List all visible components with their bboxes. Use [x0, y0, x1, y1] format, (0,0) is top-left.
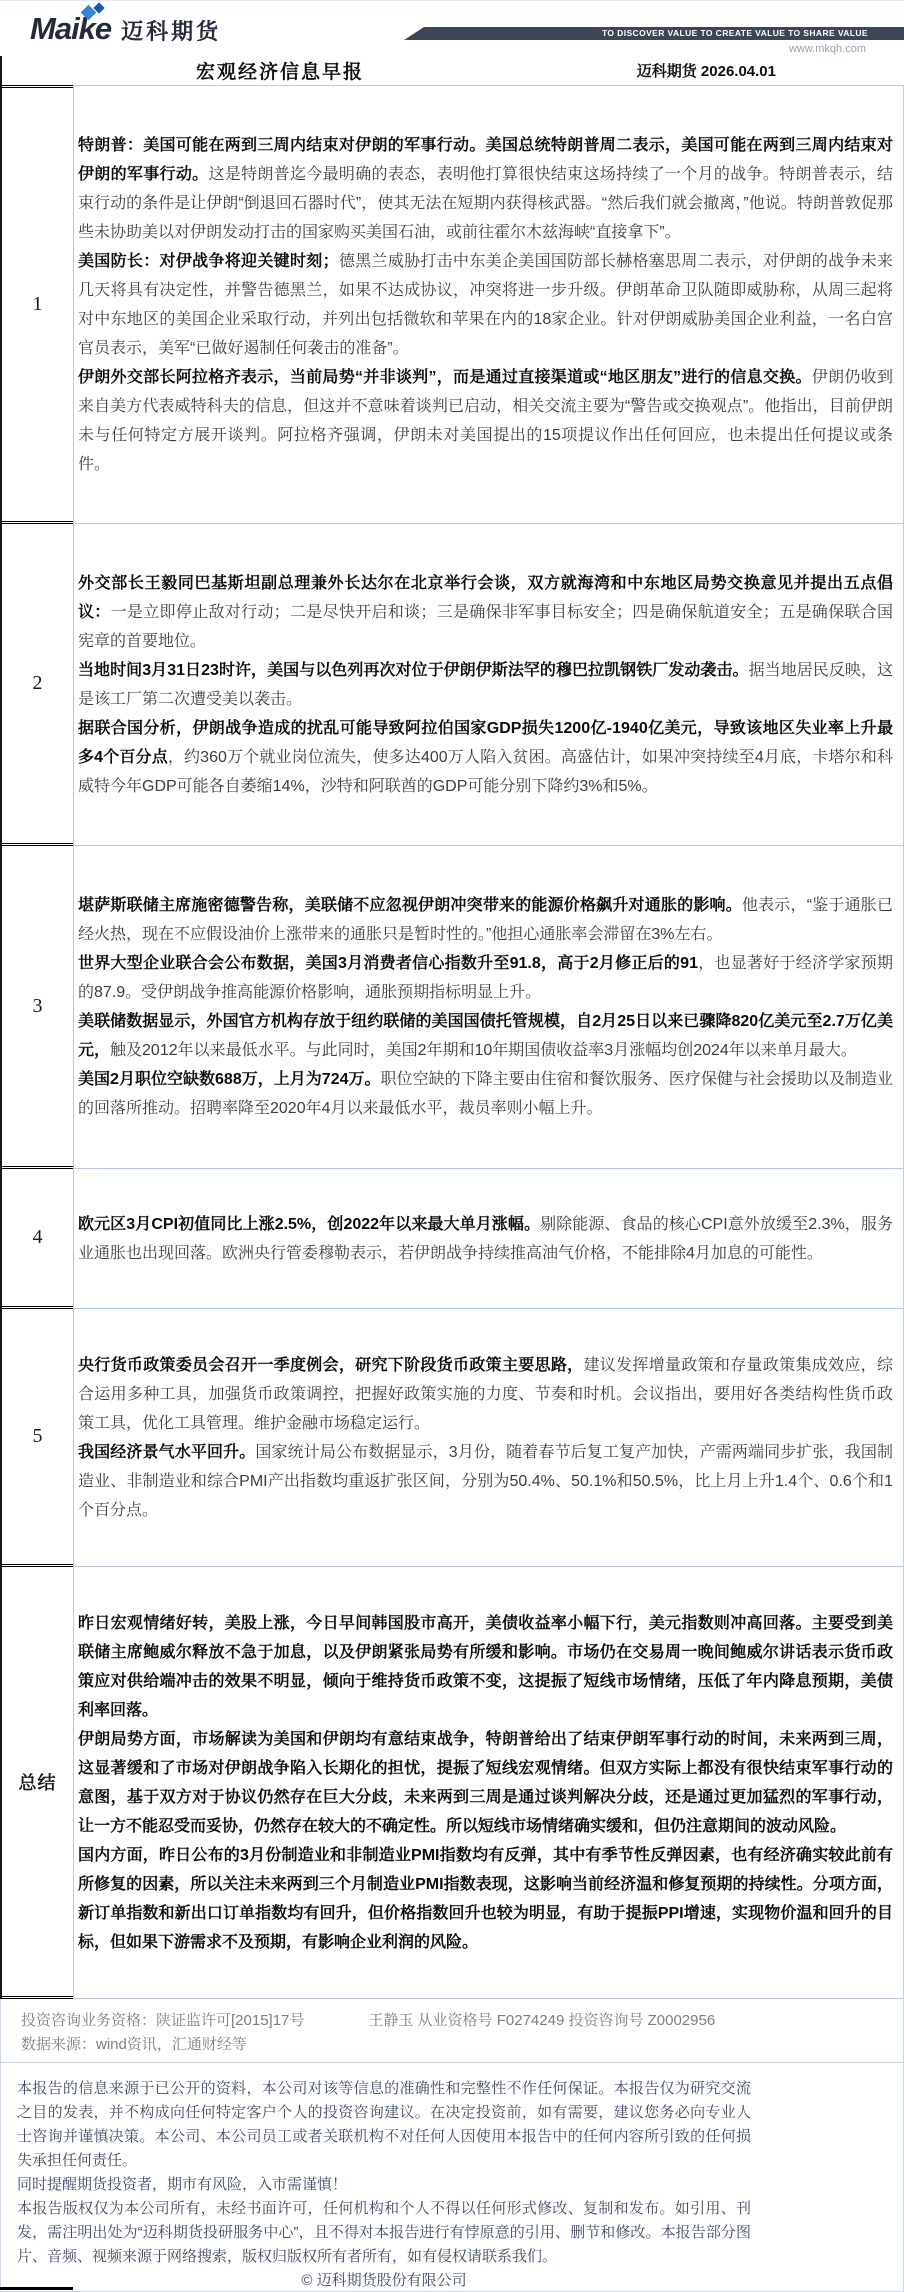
report-row: 4欧元区3月CPI初值同比上涨2.5%，创2022年以来最大单月涨幅。剔除能源、…: [2, 1169, 903, 1309]
report-table: 1特朗普：美国可能在两到三周内结束对伊朗的军事行动。美国总统特朗普周二表示，美国…: [0, 85, 904, 1999]
row-content: 欧元区3月CPI初值同比上涨2.5%，创2022年以来最大单月涨幅。剔除能源、食…: [73, 1169, 903, 1309]
report-paragraph: 世界大型企业联合会公布数据，美国3月消费者信心指数升至91.8，高于2月修正后的…: [78, 949, 893, 1007]
page-title: 宏观经济信息早报: [196, 57, 364, 84]
row-number: 4: [2, 1169, 73, 1309]
row-content: 外交部长王毅同巴基斯坦副总理兼外长达尔在北京举行会谈，双方就海湾和中东地区局势交…: [73, 524, 903, 846]
header-tagline: TO DISCOVER VALUE TO CREATE VALUE TO SHA…: [404, 27, 904, 40]
license-text: 投资咨询业务资格：陕证监许可[2015]17号: [21, 2009, 304, 2033]
row-number: 总结: [2, 1567, 73, 1999]
report-paragraph: 伊朗外交部长阿拉格齐表示，当前局势“并非谈判”，而是通过直接渠道或“地区朋友”进…: [78, 363, 893, 479]
report-paragraph: 外交部长王毅同巴基斯坦副总理兼外长达尔在北京举行会谈，双方就海湾和中东地区局势交…: [78, 569, 893, 656]
report-paragraph: 据联合国分析，伊朗战争造成的扰乱可能导致阿拉伯国家GDP损失1200亿-1940…: [78, 714, 893, 801]
disclaimer-paragraph: 本报告的信息来源于已公开的资料，本公司对该等信息的准确性和完整性不作任何保证。本…: [17, 2077, 751, 2173]
logo-latin-text: Maike: [30, 13, 111, 44]
report-paragraph: 央行货币政策委员会召开一季度例会，研究下阶段货币政策主要思路，建议发挥增量政策和…: [78, 1351, 893, 1438]
company-logo: Maike 迈科期货: [30, 13, 221, 46]
report-page: Maike 迈科期货 TO DISCOVER VALUE TO CREATE V…: [0, 0, 904, 2292]
report-paragraph: 美联储数据显示，外国官方机构存放于纽约联储的美国国债托管规模，自2月25日以来已…: [78, 1007, 893, 1065]
data-source-text: 数据来源：wind资讯，汇通财经等: [21, 2033, 903, 2057]
row-content: 特朗普：美国可能在两到三周内结束对伊朗的军事行动。美国总统特朗普周二表示，美国可…: [73, 85, 903, 524]
disclaimer-paragraph: 同时提醒期货投资者，期市有风险，入市需谨慎！: [17, 2173, 751, 2197]
report-paragraph: 伊朗局势方面，市场解读为美国和伊朗均有意结束战争，特朗普给出了结束伊朗军事行动的…: [78, 1725, 893, 1841]
report-paragraph: 特朗普：美国可能在两到三周内结束对伊朗的军事行动。美国总统特朗普周二表示，美国可…: [78, 131, 893, 247]
report-row: 1特朗普：美国可能在两到三周内结束对伊朗的军事行动。美国总统特朗普周二表示，美国…: [2, 85, 903, 524]
report-paragraph: 当地时间3月31日23时许，美国与以色列再次对位于伊朗伊斯法罕的穆巴拉凯钢铁厂发…: [78, 656, 893, 714]
disclaimer-paragraphs: 本报告的信息来源于已公开的资料，本公司对该等信息的准确性和完整性不作任何保证。本…: [17, 2077, 751, 2269]
disclaimer-paragraph: 本报告版权仅为本公司所有，未经书面许可，任何机构和个人不得以任何形式修改、复制和…: [17, 2197, 751, 2269]
report-paragraph: 欧元区3月CPI初值同比上涨2.5%，创2022年以来最大单月涨幅。剔除能源、食…: [78, 1210, 893, 1268]
header-ribbon: TO DISCOVER VALUE TO CREATE VALUE TO SHA…: [404, 27, 904, 40]
bottom-left-black-mark: [0, 2287, 73, 2290]
report-paragraph: 美国防长：对伊战争将迎关键时刻；德黑兰威胁打击中东美企美国国防部长赫格塞思周二表…: [78, 247, 893, 363]
website-url: www.mkqh.com: [789, 43, 866, 55]
header: Maike 迈科期货 TO DISCOVER VALUE TO CREATE V…: [0, 1, 904, 56]
report-row: 2外交部长王毅同巴基斯坦副总理兼外长达尔在北京举行会谈，双方就海湾和中东地区局势…: [2, 524, 903, 846]
title-bar: 宏观经济信息早报 迈科期货 2026.04.01: [0, 56, 904, 85]
report-paragraph: 美国2月职位空缺数688万，上月为724万。职位空缺的下降主要由住宿和餐饮服务、…: [78, 1065, 893, 1123]
analyst-text: 王静玉 从业资格号 F0274249 投资咨询号 Z0002956: [368, 2009, 715, 2033]
report-row: 5央行货币政策委员会召开一季度例会，研究下阶段货币政策主要思路，建议发挥增量政策…: [2, 1309, 903, 1567]
row-content: 堪萨斯联储主席施密德警告称，美联储不应忽视伊朗冲突带来的能源价格飙升对通胀的影响…: [73, 846, 903, 1169]
report-paragraph: 我国经济景气水平回升。国家统计局公布数据显示，3月份，随着春节后复工复产加快，产…: [78, 1438, 893, 1525]
disclaimer-block: 本报告的信息来源于已公开的资料，本公司对该等信息的准确性和完整性不作任何保证。本…: [0, 2063, 904, 2292]
row-content: 央行货币政策委员会召开一季度例会，研究下阶段货币政策主要思路，建议发挥增量政策和…: [73, 1309, 903, 1567]
report-paragraph: 昨日宏观情绪好转，美股上涨，今日早间韩国股市高开，美债收益率小幅下行，美元指数则…: [78, 1609, 893, 1725]
row-content: 昨日宏观情绪好转，美股上涨，今日早间韩国股市高开，美债收益率小幅下行，美元指数则…: [73, 1567, 903, 1999]
credentials-line: 投资咨询业务资格：陕证监许可[2015]17号 王静玉 从业资格号 F02742…: [21, 2009, 903, 2033]
brand-and-date: 迈科期货 2026.04.01: [637, 60, 776, 81]
row-number: 1: [2, 85, 73, 524]
report-paragraph: 国内方面，昨日公布的3月份制造业和非制造业PMI指数均有反弹，其中有季节性反弹因…: [78, 1841, 893, 1957]
copyright-text: © 迈科期货股份有限公司: [17, 2269, 751, 2292]
logo-chinese-text: 迈科期货: [121, 15, 221, 46]
report-row: 总结昨日宏观情绪好转，美股上涨，今日早间韩国股市高开，美债收益率小幅下行，美元指…: [2, 1567, 903, 1999]
report-paragraph: 堪萨斯联储主席施密德警告称，美联储不应忽视伊朗冲突带来的能源价格飙升对通胀的影响…: [78, 891, 893, 949]
report-row: 3堪萨斯联储主席施密德警告称，美联储不应忽视伊朗冲突带来的能源价格飙升对通胀的影…: [2, 846, 903, 1169]
row-number: 5: [2, 1309, 73, 1567]
credentials-row: 投资咨询业务资格：陕证监许可[2015]17号 王静玉 从业资格号 F02742…: [0, 1999, 904, 2063]
row-number: 2: [2, 524, 73, 846]
row-number: 3: [2, 846, 73, 1169]
